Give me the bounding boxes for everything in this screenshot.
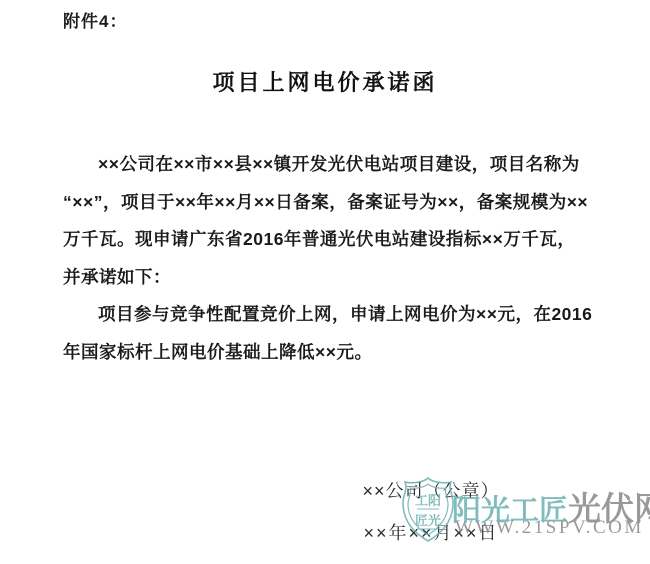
signature-company-line: ××公司（公章） (348, 477, 514, 503)
document-body: ××公司在××市××县××镇开发光伏电站项目建设，项目名称为 “××”，项目于×… (63, 146, 595, 371)
body-line: “××”，项目于××年××月××日备案，备案证号为××，备案规模为×× (63, 184, 595, 222)
document-page: 附件4： 项目上网电价承诺函 ××公司在××市××县××镇开发光伏电站项目建设，… (0, 0, 650, 564)
signature-date-line: ××年××月××日 (342, 519, 520, 545)
attachment-label: 附件4： (63, 7, 127, 32)
watermark-brand-gray: 光伏网 (568, 490, 650, 527)
body-line: ××公司在××市××县××镇开发光伏电站项目建设，项目名称为 (63, 146, 595, 184)
document-title: 项目上网电价承诺函 (0, 66, 650, 97)
body-line: 万千瓦。现申请广东省2016年普通光伏电站建设指标××万千瓦， (63, 221, 595, 259)
body-line: 年国家标杆上网电价基础上降低××元。 (63, 334, 595, 372)
body-line: 并承诺如下： (63, 259, 595, 297)
body-line: 项目参与竞争性配置竞价上网，申请上网电价为××元，在2016 (63, 296, 595, 334)
